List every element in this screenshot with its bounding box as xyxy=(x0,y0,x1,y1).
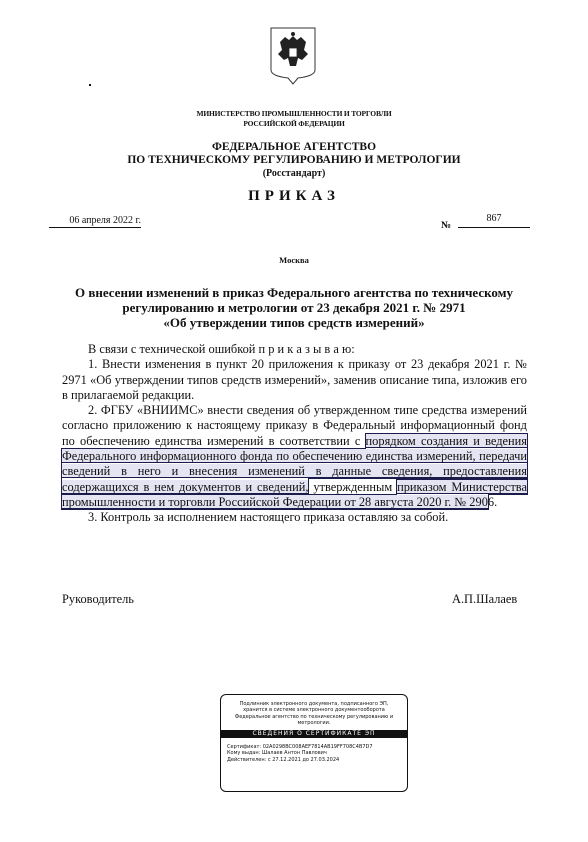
stamp-certificate-header: СВЕДЕНИЯ О СЕРТИФИКАТЕ ЭП xyxy=(221,730,407,738)
item-1: 1. Внести изменения в пункт 20 приложени… xyxy=(62,357,527,403)
order-subject: О внесении изменений в приказ Федерально… xyxy=(0,285,588,330)
scan-mark xyxy=(89,84,91,86)
signatory-name: А.П.Шалаев xyxy=(452,592,517,607)
city: Москва xyxy=(0,255,588,265)
order-date: 06 апреля 2022 г. xyxy=(49,215,141,228)
coat-of-arms-icon xyxy=(268,26,318,86)
ministry-heading: МИНИСТЕРСТВО ПРОМЫШЛЕННОСТИ И ТОРГОВЛИ Р… xyxy=(0,109,588,129)
document-type-title: ПРИКАЗ xyxy=(0,188,588,205)
item-2: 2. ФГБУ «ВНИИМС» внести сведения об утве… xyxy=(62,403,527,510)
order-body: В связи с технической ошибкой п р и к а … xyxy=(62,342,527,526)
signatory-role: Руководитель xyxy=(62,592,134,607)
stamp-certificate-details: Сертификат: 02A0298BC008AEF7814AB19FF708… xyxy=(221,738,407,763)
order-number-label: № xyxy=(441,220,451,231)
agency-heading: ФЕДЕРАЛЬНОЕ АГЕНТСТВО ПО ТЕХНИЧЕСКОМУ РЕ… xyxy=(0,141,588,180)
electronic-signature-stamp: Подлинник электронного документа, подпис… xyxy=(220,694,408,792)
intro-paragraph: В связи с технической ошибкой п р и к а … xyxy=(62,342,527,357)
order-number: 867 xyxy=(458,213,530,228)
stamp-lead-text: Подлинник электронного документа, подпис… xyxy=(221,695,407,727)
item-3: 3. Контроль за исполнением настоящего пр… xyxy=(62,510,527,525)
